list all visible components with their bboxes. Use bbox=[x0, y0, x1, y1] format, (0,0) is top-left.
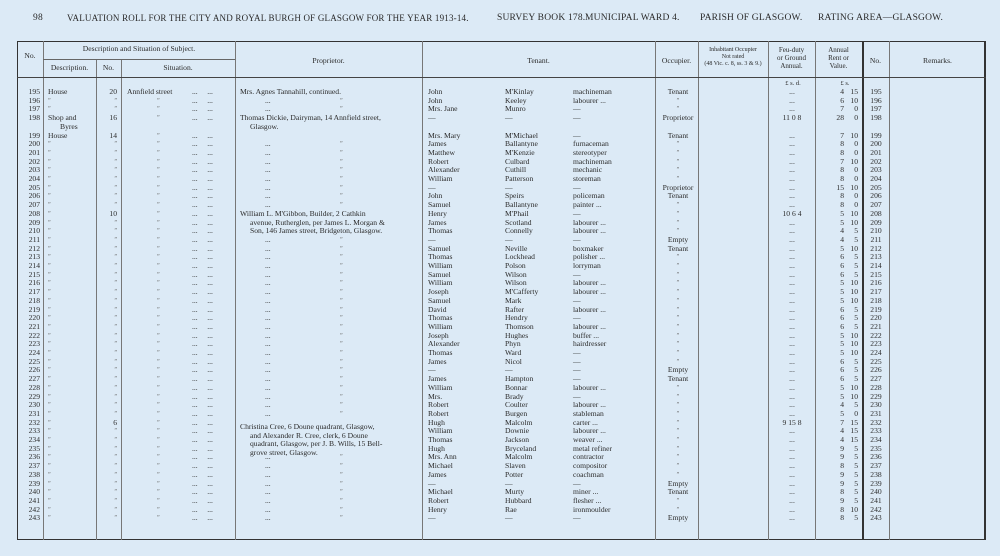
house-number: ” bbox=[97, 366, 117, 375]
tenant-occupation: — bbox=[573, 514, 648, 523]
house-number: ” bbox=[97, 288, 117, 297]
tenant-first-name: Henry bbox=[428, 506, 498, 515]
situation: ” bbox=[127, 488, 237, 497]
tenant-first-name: James bbox=[428, 471, 498, 480]
page-number: 98 bbox=[33, 13, 43, 23]
table-row: 205”””———Proprietor...1510205... ......” bbox=[0, 184, 1000, 193]
table-row: 224”””ThomasWard—”...510224... ......” bbox=[0, 349, 1000, 358]
description: ” bbox=[48, 306, 96, 315]
house-number: ” bbox=[97, 97, 117, 106]
occupier-status: ” bbox=[657, 314, 699, 323]
situation: ” bbox=[127, 410, 237, 419]
situation: ” bbox=[127, 279, 237, 288]
proprietor-ditto: ” bbox=[340, 375, 343, 384]
occupier-status: Tenant bbox=[657, 375, 699, 384]
description: ” bbox=[48, 149, 96, 158]
tenant-occupation: labourer ... bbox=[573, 384, 648, 393]
proprietor-ditto: ... bbox=[265, 201, 271, 210]
house-number: 6 bbox=[97, 419, 117, 428]
occupier-status: ” bbox=[657, 419, 699, 428]
occupier-status: Tenant bbox=[657, 245, 699, 254]
house-number: ” bbox=[97, 314, 117, 323]
occupier-status: ” bbox=[657, 410, 699, 419]
table-row: 234”””ThomasJacksonweaver ...”...415234.… bbox=[0, 436, 1000, 445]
tenant-occupation: — bbox=[573, 366, 648, 375]
situation: ” bbox=[127, 140, 237, 149]
tenant-surname: — bbox=[505, 114, 575, 123]
situation: ” bbox=[127, 375, 237, 384]
description: ” bbox=[48, 297, 96, 306]
situation: ” bbox=[127, 462, 237, 471]
col-tenant: Tenant. bbox=[422, 57, 655, 65]
house-number: ” bbox=[97, 140, 117, 149]
proprietor-ditto: ” bbox=[340, 506, 343, 515]
description: ” bbox=[48, 488, 96, 497]
table-row: 226”””———Empty...65226... ......” bbox=[0, 366, 1000, 375]
rent-shillings: 0 bbox=[846, 114, 858, 123]
situation: ” bbox=[127, 332, 237, 341]
proprietor-ditto: ” bbox=[340, 410, 343, 419]
description: Shop andByres bbox=[48, 114, 96, 131]
proprietor-ditto: ” bbox=[340, 314, 343, 323]
description: ” bbox=[48, 288, 96, 297]
description: ” bbox=[48, 201, 96, 210]
situation: ” bbox=[127, 393, 237, 402]
description: ” bbox=[48, 497, 96, 506]
tenant-occupation: coachman bbox=[573, 471, 648, 480]
occupier-status: ” bbox=[657, 166, 699, 175]
description: ” bbox=[48, 340, 96, 349]
occupier-status: ” bbox=[657, 288, 699, 297]
table-row: 236”””Mrs. AnnMalcolmcontractor”...95236… bbox=[0, 453, 1000, 462]
description: ” bbox=[48, 349, 96, 358]
feu-duty: 11 0 8 bbox=[770, 114, 814, 123]
situation: ” bbox=[127, 436, 237, 445]
proprietor-ditto: ” bbox=[340, 271, 343, 280]
proprietor-ditto: ” bbox=[340, 462, 343, 471]
house-number: ” bbox=[97, 358, 117, 367]
proprietor-ditto: ... bbox=[265, 105, 271, 114]
description: ” bbox=[48, 219, 96, 228]
situation: ” bbox=[127, 210, 237, 219]
description: ” bbox=[48, 393, 96, 402]
col-annual-rent: Annual Rent or Value. bbox=[815, 46, 862, 70]
situation: ” bbox=[127, 175, 237, 184]
situation: ” bbox=[127, 445, 237, 454]
occupier-status: ” bbox=[657, 445, 699, 454]
proprietor-ditto: ” bbox=[340, 297, 343, 306]
tenant-surname: Patterson bbox=[505, 175, 575, 184]
situation: ” bbox=[127, 114, 237, 123]
proprietor-ditto: ” bbox=[340, 288, 343, 297]
tenant-first-name: — bbox=[428, 114, 498, 123]
situation: ” bbox=[127, 419, 237, 428]
house-number: ” bbox=[97, 497, 117, 506]
description: ” bbox=[48, 427, 96, 436]
occupier-status: ” bbox=[657, 436, 699, 445]
tenant-first-name: James bbox=[428, 358, 498, 367]
description: ” bbox=[48, 453, 96, 462]
description: ” bbox=[48, 480, 96, 489]
proprietor-ditto: ” bbox=[340, 97, 343, 106]
occupier-status: ” bbox=[657, 453, 699, 462]
col-proprietor: Proprietor. bbox=[235, 57, 422, 65]
house-number: ” bbox=[97, 271, 117, 280]
situation: ” bbox=[127, 201, 237, 210]
proprietor-ditto: ” bbox=[340, 480, 343, 489]
occupier-status: ” bbox=[657, 271, 699, 280]
description: ” bbox=[48, 471, 96, 480]
house-number: ” bbox=[97, 427, 117, 436]
proprietor-ditto: ” bbox=[340, 340, 343, 349]
tenant-occupation: labourer ... bbox=[573, 306, 648, 315]
house-number: ” bbox=[97, 323, 117, 332]
col-description-group: Description and Situation of Subject. bbox=[43, 45, 235, 53]
situation: ” bbox=[127, 271, 237, 280]
situation: ” bbox=[127, 358, 237, 367]
proprietor-ditto: ” bbox=[340, 105, 343, 114]
proprietor-ditto: ” bbox=[340, 166, 343, 175]
description: ” bbox=[48, 462, 96, 471]
tenant-occupation: — bbox=[573, 105, 648, 114]
house-number: ” bbox=[97, 445, 117, 454]
description: ” bbox=[48, 436, 96, 445]
proprietor-ditto: ” bbox=[340, 149, 343, 158]
municipal-ward: MUNICIPAL WARD 4. bbox=[585, 13, 680, 23]
occupier-status: Empty bbox=[657, 514, 699, 523]
rent-pounds: 28 bbox=[830, 114, 844, 123]
proprietor-ditto: ” bbox=[340, 471, 343, 480]
situation: ” bbox=[127, 427, 237, 436]
table-row: 214”””WilliamPolsonlorryman”...65214... … bbox=[0, 262, 1000, 271]
proprietor-ditto: ” bbox=[340, 384, 343, 393]
table-row: 242”””HenryRaeironmoulder”...810242... .… bbox=[0, 506, 1000, 515]
description: ” bbox=[48, 279, 96, 288]
situation: ” bbox=[127, 236, 237, 245]
situation: ” bbox=[127, 97, 237, 106]
description: ” bbox=[48, 419, 96, 428]
situation: ” bbox=[127, 514, 237, 523]
tenant-surname: Nicol bbox=[505, 358, 575, 367]
house-number: ” bbox=[97, 514, 117, 523]
occupier-status: ” bbox=[657, 427, 699, 436]
situation: ” bbox=[127, 166, 237, 175]
table-row: 199House14”Mrs. MaryM'Michael—Tenant...7… bbox=[0, 132, 1000, 141]
house-number: ” bbox=[97, 480, 117, 489]
table-row: 230”””RobertCoulterlabourer ...”...45230… bbox=[0, 401, 1000, 410]
occupier-status: ” bbox=[657, 297, 699, 306]
leader-dots: ... ... bbox=[192, 114, 213, 123]
situation: ” bbox=[127, 297, 237, 306]
situation: ” bbox=[127, 245, 237, 254]
occupier-status: ” bbox=[657, 462, 699, 471]
description: ” bbox=[48, 271, 96, 280]
table-row: 225”””JamesNicol—”...65225... ......” bbox=[0, 358, 1000, 367]
table-row: 213”””ThomasLockheadpolisher ...”...6521… bbox=[0, 253, 1000, 262]
occupier-status: ” bbox=[657, 401, 699, 410]
table-row: 229”””Mrs.Brady—”...510229... ......” bbox=[0, 393, 1000, 402]
occupier-status: Tenant bbox=[657, 488, 699, 497]
house-number: ” bbox=[97, 175, 117, 184]
col-inhabitant: Inhabitant Occupier Not rated (48 Vic. c… bbox=[698, 47, 768, 68]
house-number: ” bbox=[97, 253, 117, 262]
tenant-occupation: painter ... bbox=[573, 201, 648, 210]
situation: ” bbox=[127, 497, 237, 506]
occupier-status: ” bbox=[657, 393, 699, 402]
situation: ” bbox=[127, 480, 237, 489]
situation: ” bbox=[127, 471, 237, 480]
proprietor-ditto: ... bbox=[265, 410, 271, 419]
survey-book: SURVEY BOOK 178. bbox=[497, 13, 585, 23]
tenant-first-name: Mrs. Jane bbox=[428, 105, 498, 114]
tenant-occupation: labourer ... bbox=[573, 97, 648, 106]
description: ” bbox=[48, 410, 96, 419]
occupier-status: ” bbox=[657, 323, 699, 332]
col-description: Description. bbox=[43, 64, 96, 72]
description: ” bbox=[48, 192, 96, 201]
description: ” bbox=[48, 323, 96, 332]
description: ” bbox=[48, 314, 96, 323]
proprietor-ditto: ” bbox=[340, 158, 343, 167]
row-number-right: 243 bbox=[866, 514, 886, 523]
table-row: 218”””SamuelMark—”...510218... ......” bbox=[0, 297, 1000, 306]
occupier-status: ” bbox=[657, 306, 699, 315]
occupier-status: Proprietor bbox=[657, 114, 699, 123]
description: ” bbox=[48, 210, 96, 219]
page-header: 98 VALUATION ROLL FOR THE CITY AND ROYAL… bbox=[0, 13, 1000, 27]
occupier-status: ” bbox=[657, 384, 699, 393]
tenant-occupation: hairdresser bbox=[573, 340, 648, 349]
house-number: ” bbox=[97, 245, 117, 254]
proprietor-ditto: ” bbox=[340, 306, 343, 315]
page-title: VALUATION ROLL FOR THE CITY AND ROYAL BU… bbox=[67, 13, 469, 23]
proprietor-ditto: ” bbox=[340, 366, 343, 375]
description: ” bbox=[48, 236, 96, 245]
proprietor-ditto: ” bbox=[340, 245, 343, 254]
description: ” bbox=[48, 358, 96, 367]
house-number: ” bbox=[97, 262, 117, 271]
description: ” bbox=[48, 445, 96, 454]
house-number: ” bbox=[97, 149, 117, 158]
col-no-right: No. bbox=[862, 57, 889, 65]
leader-dots: ... ... bbox=[192, 514, 213, 523]
table-row: 238”””JamesPottercoachman”...95238... ..… bbox=[0, 471, 1000, 480]
table-row: 239”””———Empty...95239... ......” bbox=[0, 480, 1000, 489]
occupier-status: ” bbox=[657, 279, 699, 288]
house-number: ” bbox=[97, 488, 117, 497]
table-row: 237”””MichaelSlavencompositor”...85237..… bbox=[0, 462, 1000, 471]
tenant-surname: Rae bbox=[505, 506, 575, 515]
tenant-occupation: lorryman bbox=[573, 262, 648, 271]
table-row: 235”””HughBrycelandmetal refiner”...9523… bbox=[0, 445, 1000, 454]
proprietor-ditto: ” bbox=[340, 401, 343, 410]
col-number: No. bbox=[96, 64, 121, 72]
parish: PARISH OF GLASGOW. bbox=[700, 13, 802, 23]
table-row: 240”””MichaelMurtyminer ...Tenant...8524… bbox=[0, 488, 1000, 497]
row-number: 243 bbox=[20, 514, 40, 523]
situation: ” bbox=[127, 262, 237, 271]
table-row: 212”””SamuelNevilleboxmakerTenant...5102… bbox=[0, 245, 1000, 254]
house-number: ” bbox=[97, 184, 117, 193]
occupier-status: Tenant bbox=[657, 132, 699, 141]
occupier-status: ” bbox=[657, 332, 699, 341]
house-number: ” bbox=[97, 506, 117, 515]
tenant-occupation: labourer ... bbox=[573, 227, 648, 236]
situation: ” bbox=[127, 158, 237, 167]
col-feu-duty: Feu-duty or Ground Annual. bbox=[768, 46, 815, 70]
proprietor-ditto: ” bbox=[340, 488, 343, 497]
description: ” bbox=[48, 166, 96, 175]
row-number-right: 198 bbox=[866, 114, 886, 123]
tenant-first-name: William bbox=[428, 175, 498, 184]
col-no: No. bbox=[17, 52, 43, 60]
occupier-status: ” bbox=[657, 210, 699, 219]
situation: ” bbox=[127, 105, 237, 114]
proprietor-ditto: ” bbox=[340, 236, 343, 245]
proprietor-ditto: ” bbox=[340, 175, 343, 184]
occupier-status: ” bbox=[657, 340, 699, 349]
table-row: 200”””JamesBallantynefurnaceman”...80200… bbox=[0, 140, 1000, 149]
tenant-first-name: Thomas bbox=[428, 227, 498, 236]
house-number: 20 bbox=[97, 88, 117, 97]
row-number: 198 bbox=[20, 114, 40, 123]
table-row: 197”””Mrs. JaneMunro—”...70197... ......… bbox=[0, 105, 1000, 114]
house-number: 10 bbox=[97, 210, 117, 219]
proprietor-ditto: ... bbox=[265, 514, 271, 523]
house-number: ” bbox=[97, 384, 117, 393]
table-row: 219”””DavidRafterlabourer ...”...65219..… bbox=[0, 306, 1000, 315]
situation: ” bbox=[127, 323, 237, 332]
description: ” bbox=[48, 366, 96, 375]
house-number: ” bbox=[97, 471, 117, 480]
proprietor-ditto: ” bbox=[340, 349, 343, 358]
situation: ” bbox=[127, 227, 237, 236]
description: ” bbox=[48, 262, 96, 271]
table-row: 243”””———Empty...85243... ......” bbox=[0, 514, 1000, 523]
tenant-occupation: labourer ... bbox=[573, 288, 648, 297]
house-number: 16 bbox=[97, 114, 117, 123]
tenant-surname: Connelly bbox=[505, 227, 575, 236]
proprietor-ditto: ” bbox=[340, 140, 343, 149]
house-number: ” bbox=[97, 192, 117, 201]
description: House bbox=[48, 132, 96, 141]
header-subrule bbox=[43, 59, 235, 60]
occupier-status: ” bbox=[657, 140, 699, 149]
description: ” bbox=[48, 401, 96, 410]
situation: ” bbox=[127, 453, 237, 462]
situation: ” bbox=[127, 192, 237, 201]
occupier-status: ” bbox=[657, 149, 699, 158]
house-number: ” bbox=[97, 227, 117, 236]
occupier-status: ” bbox=[657, 97, 699, 106]
description: ” bbox=[48, 506, 96, 515]
proprietor-ditto: ” bbox=[340, 358, 343, 367]
description: ” bbox=[48, 140, 96, 149]
description: House bbox=[48, 88, 96, 97]
house-number: ” bbox=[97, 158, 117, 167]
house-number: ” bbox=[97, 436, 117, 445]
house-number: ” bbox=[97, 297, 117, 306]
tenant-surname: — bbox=[505, 514, 575, 523]
tenant-surname: Potter bbox=[505, 471, 575, 480]
table-row: 203”””AlexanderCuthillmechanic”...80203.… bbox=[0, 166, 1000, 175]
occupier-status: ” bbox=[657, 497, 699, 506]
situation: ” bbox=[127, 340, 237, 349]
proprietor-ditto: ” bbox=[340, 393, 343, 402]
description: ” bbox=[48, 253, 96, 262]
rating-area: RATING AREA—GLASGOW. bbox=[818, 13, 943, 23]
rent-shillings: 5 bbox=[846, 514, 858, 523]
proprietor-ditto: ” bbox=[340, 253, 343, 262]
table-row: 198Shop andByres16”———Proprietor11 0 828… bbox=[0, 114, 1000, 123]
description: ” bbox=[48, 384, 96, 393]
situation: ” bbox=[127, 288, 237, 297]
occupier-status: Tenant bbox=[657, 192, 699, 201]
col-remarks: Remarks. bbox=[889, 57, 986, 65]
situation: ” bbox=[127, 401, 237, 410]
occupier-status: ” bbox=[657, 262, 699, 271]
description: ” bbox=[48, 245, 96, 254]
proprietor-ditto: ” bbox=[340, 192, 343, 201]
tenant-occupation: ironmoulder bbox=[573, 506, 648, 515]
house-number: 14 bbox=[97, 132, 117, 141]
header-bottom-rule bbox=[17, 77, 986, 78]
house-number: ” bbox=[97, 453, 117, 462]
situation: ” bbox=[127, 366, 237, 375]
col-occupier: Occupier. bbox=[655, 57, 698, 65]
table-row: 196”””JohnKeeleylabourer ...”...610196..… bbox=[0, 97, 1000, 106]
house-number: ” bbox=[97, 393, 117, 402]
house-number: ” bbox=[97, 306, 117, 315]
situation: ” bbox=[127, 306, 237, 315]
tenant-occupation: — bbox=[573, 349, 648, 358]
house-number: ” bbox=[97, 219, 117, 228]
feu-duty: ... bbox=[770, 514, 814, 523]
tenant-first-name: — bbox=[428, 514, 498, 523]
tenant-occupation: — bbox=[573, 114, 648, 123]
description: ” bbox=[48, 184, 96, 193]
situation: ” bbox=[127, 184, 237, 193]
proprietor-ditto: ” bbox=[340, 453, 343, 462]
house-number: ” bbox=[97, 462, 117, 471]
table-row: 202”””RobertCulbardmachineman”...710202.… bbox=[0, 158, 1000, 167]
description: ” bbox=[48, 97, 96, 106]
description: ” bbox=[48, 332, 96, 341]
tenant-occupation: storeman bbox=[573, 175, 648, 184]
house-number: ” bbox=[97, 166, 117, 175]
situation: ” bbox=[127, 314, 237, 323]
house-number: ” bbox=[97, 332, 117, 341]
situation: ” bbox=[127, 219, 237, 228]
proprietor-ditto: ” bbox=[340, 262, 343, 271]
description: ” bbox=[48, 227, 96, 236]
table-row: 210”””ThomasConnellylabourer ...”...4521… bbox=[0, 227, 1000, 236]
house-number: ” bbox=[97, 279, 117, 288]
house-number: ” bbox=[97, 236, 117, 245]
table-row: 220”””ThomasHendry—”...65220... ......” bbox=[0, 314, 1000, 323]
proprietor-ditto: ” bbox=[340, 514, 343, 523]
house-number: ” bbox=[97, 375, 117, 384]
house-number: ” bbox=[97, 349, 117, 358]
tenant-occupation: — bbox=[573, 358, 648, 367]
description: ” bbox=[48, 375, 96, 384]
situation: ” bbox=[127, 132, 237, 141]
situation: ” bbox=[127, 149, 237, 158]
proprietor-ditto: ” bbox=[340, 323, 343, 332]
table-row: 206”””JohnSpeirspolicemanTenant...80206.… bbox=[0, 192, 1000, 201]
rent-pounds: 8 bbox=[830, 514, 844, 523]
occupier-status: ” bbox=[657, 201, 699, 210]
